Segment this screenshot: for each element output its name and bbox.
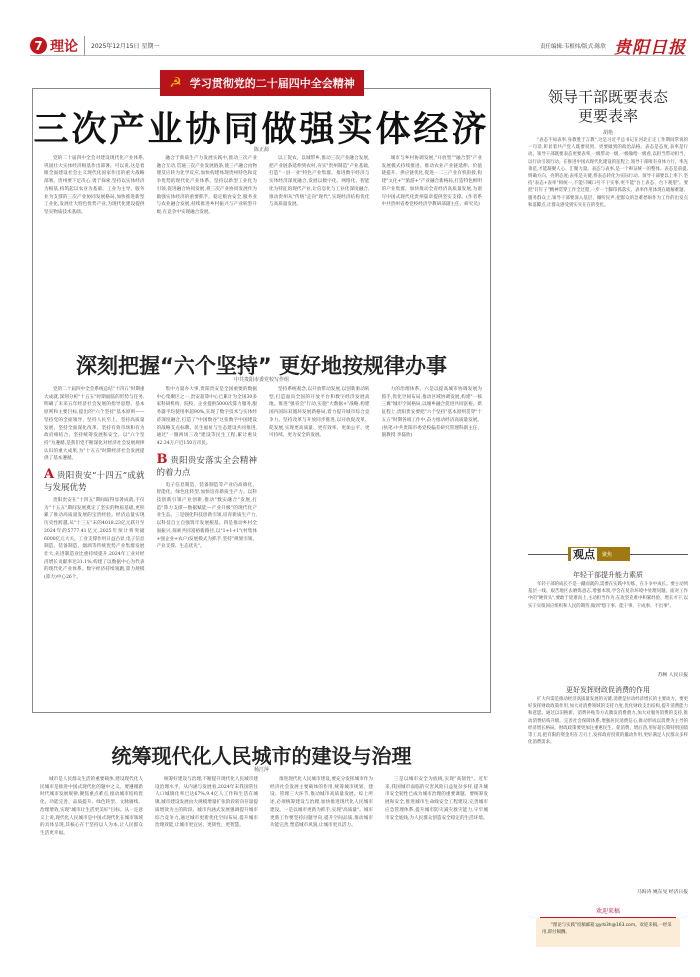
- article2-paragraph: 集中力量办大事,贵阳贵安是全国重要的数据中心集聚区之一,贵安超算中心已累计为全国…: [157, 386, 258, 448]
- article1-column: 融合于新质生产力发展实践中,推动三次产业融合互动,贯通三次产业发展链条,使三产融…: [157, 155, 258, 335]
- article3-body: 城市是人民群众生活的重要载体,建设现代化人民城市是推进中国式现代化的题中之义。要…: [40, 776, 488, 974]
- headline-line: 领导干部既要表态: [528, 88, 688, 107]
- article2-body: 党的二十届四中全会系统总结"十四五"时期重大成就,深刻分析"十五五"时期面临的形…: [44, 386, 482, 704]
- sidebar-article3-source: 马海涛 姚东旻 经济日报: [528, 888, 688, 895]
- sidebar-article3-headline: 更好发挥财政促消费的作用: [528, 685, 688, 695]
- viewpoint-sub: 聚焦: [602, 551, 612, 558]
- call-for-submissions-text: "理论与实践"投稿邮箱:gyrb3h@163.com。欢迎来稿,一经采用,即付稿…: [536, 918, 680, 947]
- article2-paragraph: 电子信息制造、装备制造等产业向高端化、智能化、绿色化转型,加快培育新质生产力。以…: [157, 482, 258, 551]
- call-for-submissions: 欢迎来稿 "理论与实践"投稿邮箱:gyrb3h@163.com。欢迎来稿,一经采…: [528, 906, 688, 947]
- subhead-text: 贵阳贵安落实全会精神的着力点: [157, 456, 258, 478]
- article2-paragraph: 贵阳贵安在"十四五"期间取得显著成就,不仅为"十五五"期间发展奠定了坚实的物质基…: [44, 497, 145, 582]
- article2-byline: 中共贵阳市委党校写作组: [32, 376, 491, 383]
- article2-paragraph: 党的二十届四中全会系统总结"十四五"时期重大成就,深刻分析"十五五"时期面临的形…: [44, 386, 145, 463]
- article2-column: 坚持系统观念,以开放带动发展,以创新驱动转型,打造面向全国的开放平台和数字经济发…: [269, 386, 370, 704]
- editor-credits: 责任编辑:韦根炜/版式:陈欣: [540, 42, 606, 50]
- viewpoint-label: 观点: [571, 548, 597, 561]
- article3-column: 三是以城市安全为底线,实现"高韧性"。近年来,我国城市面临的灾害风险日益复杂多样…: [385, 776, 488, 974]
- viewpoint-tag: 观点 聚焦: [568, 547, 630, 561]
- article3-column: 推进现代化人民城市建设,要充分发挥城市作为经济社会发展主要载体的作用,统筹城市规…: [270, 776, 373, 974]
- article2-subhead-b: B 贵阳贵安落实全会精神的着力点: [157, 454, 258, 479]
- article2-column: 党的二十届四中全会系统总结"十四五"时期重大成就,深刻分析"十五五"时期面临的形…: [44, 386, 145, 704]
- article3-column: 城市是人民群众生活的重要载体,建设现代化人民城市是推进中国式现代化的题中之义。要…: [40, 776, 143, 974]
- issue-date: 2025年12月15日 星期一: [91, 41, 159, 50]
- article3-headline: 统筹现代化人民城市的建设与治理: [32, 740, 491, 769]
- subhead-letter: A: [44, 467, 54, 482]
- feature-banner: ☭ 学习贯彻党的二十届四中全会精神: [160, 70, 364, 96]
- page-number-badge: 7: [30, 37, 47, 54]
- call-for-submissions-title: 欢迎来稿: [528, 906, 688, 915]
- subhead-letter: B: [157, 452, 168, 467]
- sidebar-article1-body: "表态不如表率,身教胜于言教",这是习近平总书记在河北正定工作期间常说的一句话,…: [528, 137, 688, 537]
- article1-byline: 陈正源: [32, 146, 491, 153]
- article1-headline: 三次产业协同做强实体经济: [32, 102, 491, 152]
- article2-column: 力的治理体系。六是以提高城市协调发展为抓手,优化空间布局,推动区域协调发展,构建…: [382, 386, 483, 704]
- sidebar-article2-headline: 年轻干部提升能力素质: [528, 570, 688, 580]
- sidebar-article3-body: 扩大内需是推动经济高质量发展的关键,消费是拉动经济增长的主要动力。要更好发挥财政…: [528, 696, 688, 876]
- sidebar-article2-body: 年轻干部的成长不是一蹴而就的,需要在实践中历练、在斗争中成长。要主动到基层一线、…: [528, 581, 688, 649]
- section-title: 理论: [50, 36, 85, 56]
- sidebar-article1-byline: 胡艳: [528, 129, 688, 136]
- party-emblem-icon: ☭: [169, 75, 182, 91]
- newspaper-logo: 贵阳日报: [614, 33, 686, 58]
- article1-column: 以工促农、以城带乡,推动三次产业融合发展,把产业链条延伸到农村,夯实"贵州制造"…: [269, 155, 370, 335]
- article3-column: 统筹好建设与治理,不断提升现代化人民城市建设治理水平。从内涵与发展看,2024年…: [155, 776, 258, 974]
- banner-text: 学习贯彻党的二十届四中全会精神: [190, 75, 355, 91]
- article3-byline: 杨江萍: [32, 766, 491, 773]
- subhead-text: 贵阳贵安“十四五”成就与发展优势: [44, 471, 145, 493]
- page-masthead: 7 理论 2025年12月15日 星期一 责任编辑:韦根炜/版式:陈欣 贵阳日报: [30, 36, 686, 56]
- headline-line: 更要表率: [528, 107, 688, 126]
- article1-column: 党的二十届四中全会对建设现代化产业体系,巩固壮大实体经济根基作出部署。可以说,这…: [44, 155, 145, 335]
- article2-subhead-a: A 贵阳贵安“十四五”成就与发展优势: [44, 469, 145, 494]
- sidebar-article1-headline: 领导干部既要表态 更要表率: [528, 88, 688, 126]
- sidebar-article2-source: 苏畅 人民日报: [528, 671, 688, 678]
- article1-column: 城市与乡村协调发展,"开放型""融合型"产业发展模式持续推进。推动农业产业链延伸…: [382, 155, 483, 335]
- article2-column: 集中力量办大事,贵阳贵安是全国重要的数据中心集聚区之一,贵安超算中心已累计为全国…: [157, 386, 258, 704]
- article1-body: 党的二十届四中全会对建设现代化产业体系,巩固壮大实体经济根基作出部署。可以说,这…: [44, 155, 482, 335]
- viewpoint-section-header: 观点 聚焦: [528, 547, 688, 561]
